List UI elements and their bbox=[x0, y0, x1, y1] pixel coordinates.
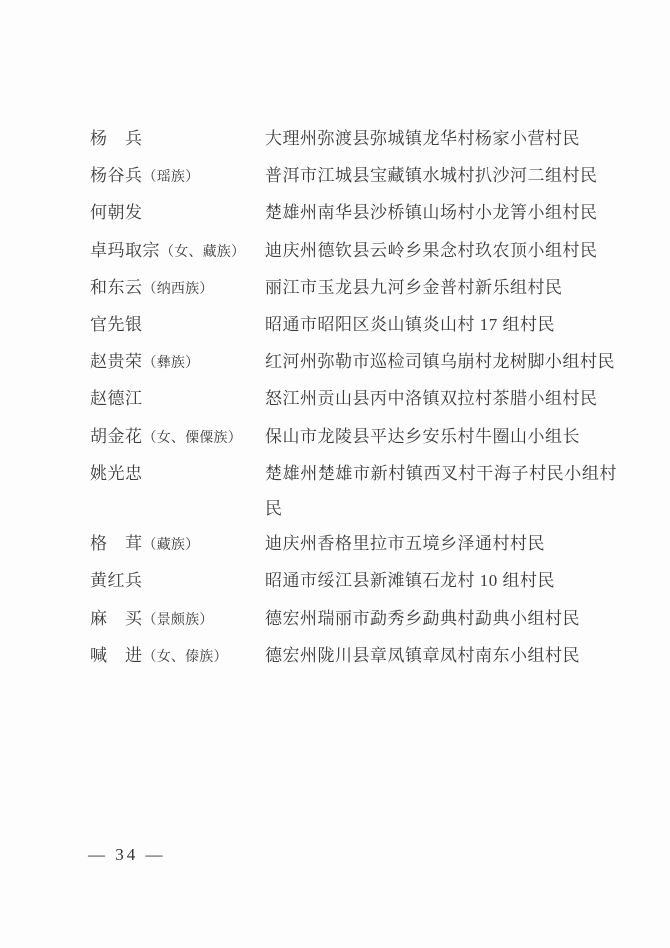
person-name: 卓玛取宗 bbox=[90, 241, 160, 260]
person-name-cell: 杨 兵 bbox=[90, 121, 265, 158]
person-description: 楚雄州楚雄市新村镇西叉村干海子村民小组村民 bbox=[265, 456, 617, 526]
roster-row: 杨谷兵（瑶族） 普洱市江城县宝藏镇水城村扒沙河二组村民 bbox=[90, 158, 620, 195]
roster-row: 赵贵荣（彝族） 红河州弥勒市巡检司镇乌崩村龙树脚小组村民 bbox=[90, 344, 620, 381]
person-description: 红河州弥勒市巡检司镇乌崩村龙树脚小组村民 bbox=[265, 344, 617, 379]
person-description: 昭通市昭阳区炎山镇炎山村 17 组村民 bbox=[265, 307, 617, 342]
person-name: 赵德江 bbox=[90, 389, 143, 408]
person-name-cell: 麻 买（景颇族） bbox=[90, 601, 265, 638]
person-name: 格 茸 bbox=[90, 534, 143, 553]
person-description: 迪庆州香格里拉市五境乡泽通村村民 bbox=[265, 526, 617, 561]
person-name-cell: 胡金花（女、傈僳族） bbox=[90, 419, 265, 456]
person-name-cell: 和东云（纳西族） bbox=[90, 270, 265, 307]
roster-row: 姚光忠 楚雄州楚雄市新村镇西叉村干海子村民小组村民 bbox=[90, 456, 620, 526]
person-name-cell: 何朝发 bbox=[90, 195, 265, 232]
person-description: 昭通市绥江县新滩镇石龙村 10 组村民 bbox=[265, 563, 617, 598]
person-ethnicity: （彝族） bbox=[143, 356, 200, 371]
person-name: 喊 进 bbox=[90, 646, 143, 665]
person-description: 丽江市玉龙县九河乡金普村新乐组村民 bbox=[265, 270, 617, 305]
roster-list: 杨 兵 大理州弥渡县弥城镇龙华村杨家小营村民 杨谷兵（瑶族） 普洱市江城县宝藏镇… bbox=[90, 121, 620, 675]
roster-row: 黄红兵 昭通市绥江县新滩镇石龙村 10 组村民 bbox=[90, 563, 620, 600]
page-number: — 34 — bbox=[88, 845, 166, 865]
person-description: 保山市龙陵县平达乡安乐村牛圈山小组长 bbox=[265, 419, 617, 454]
person-ethnicity: （女、藏族） bbox=[160, 245, 245, 260]
roster-row: 赵德江 怒江州贡山县丙中洛镇双拉村茶腊小组村民 bbox=[90, 381, 620, 418]
person-name: 姚光忠 bbox=[90, 464, 143, 483]
person-name-cell: 卓玛取宗（女、藏族） bbox=[90, 233, 265, 270]
person-name: 杨 兵 bbox=[90, 129, 143, 148]
person-name-cell: 赵德江 bbox=[90, 381, 265, 418]
person-ethnicity: （纳西族） bbox=[143, 282, 214, 297]
person-name-cell: 格 茸（藏族） bbox=[90, 526, 265, 563]
person-description: 大理州弥渡县弥城镇龙华村杨家小营村民 bbox=[265, 121, 617, 156]
person-description: 怒江州贡山县丙中洛镇双拉村茶腊小组村民 bbox=[265, 381, 617, 416]
person-ethnicity: （女、傈僳族） bbox=[143, 431, 242, 446]
person-name: 赵贵荣 bbox=[90, 352, 143, 371]
roster-row: 胡金花（女、傈僳族） 保山市龙陵县平达乡安乐村牛圈山小组长 bbox=[90, 419, 620, 456]
roster-row: 官先银 昭通市昭阳区炎山镇炎山村 17 组村民 bbox=[90, 307, 620, 344]
person-name-cell: 官先银 bbox=[90, 307, 265, 344]
person-name: 黄红兵 bbox=[90, 571, 143, 590]
document-page: 杨 兵 大理州弥渡县弥城镇龙华村杨家小营村民 杨谷兵（瑶族） 普洱市江城县宝藏镇… bbox=[0, 0, 670, 948]
person-name-cell: 杨谷兵（瑶族） bbox=[90, 158, 265, 195]
person-description: 德宏州陇川县章凤镇章凤村南东小组村民 bbox=[265, 638, 617, 673]
roster-row: 和东云（纳西族） 丽江市玉龙县九河乡金普村新乐组村民 bbox=[90, 270, 620, 307]
person-name: 杨谷兵 bbox=[90, 166, 143, 185]
roster-row: 喊 进（女、傣族） 德宏州陇川县章凤镇章凤村南东小组村民 bbox=[90, 638, 620, 675]
roster-row: 何朝发 楚雄州南华县沙桥镇山场村小龙箐小组村民 bbox=[90, 195, 620, 232]
person-ethnicity: （藏族） bbox=[143, 538, 200, 553]
person-name-cell: 赵贵荣（彝族） bbox=[90, 344, 265, 381]
person-ethnicity: （瑶族） bbox=[143, 170, 200, 185]
person-description: 德宏州瑞丽市勐秀乡勐典村勐典小组村民 bbox=[265, 601, 617, 636]
person-name: 和东云 bbox=[90, 278, 143, 297]
roster-row: 麻 买（景颇族） 德宏州瑞丽市勐秀乡勐典村勐典小组村民 bbox=[90, 601, 620, 638]
person-name-cell: 黄红兵 bbox=[90, 563, 265, 600]
person-name: 麻 买 bbox=[90, 609, 143, 628]
person-description: 楚雄州南华县沙桥镇山场村小龙箐小组村民 bbox=[265, 195, 617, 230]
person-ethnicity: （景颇族） bbox=[143, 613, 214, 628]
person-name: 何朝发 bbox=[90, 203, 143, 222]
person-name-cell: 喊 进（女、傣族） bbox=[90, 638, 265, 675]
person-name-cell: 姚光忠 bbox=[90, 456, 265, 493]
roster-row: 卓玛取宗（女、藏族） 迪庆州德钦县云岭乡果念村玖农顶小组村民 bbox=[90, 233, 620, 270]
person-name: 胡金花 bbox=[90, 427, 143, 446]
person-description: 普洱市江城县宝藏镇水城村扒沙河二组村民 bbox=[265, 158, 617, 193]
person-name: 官先银 bbox=[90, 315, 143, 334]
roster-row: 格 茸（藏族） 迪庆州香格里拉市五境乡泽通村村民 bbox=[90, 526, 620, 563]
roster-row: 杨 兵 大理州弥渡县弥城镇龙华村杨家小营村民 bbox=[90, 121, 620, 158]
person-ethnicity: （女、傣族） bbox=[143, 650, 228, 665]
person-description: 迪庆州德钦县云岭乡果念村玖农顶小组村民 bbox=[265, 233, 617, 268]
